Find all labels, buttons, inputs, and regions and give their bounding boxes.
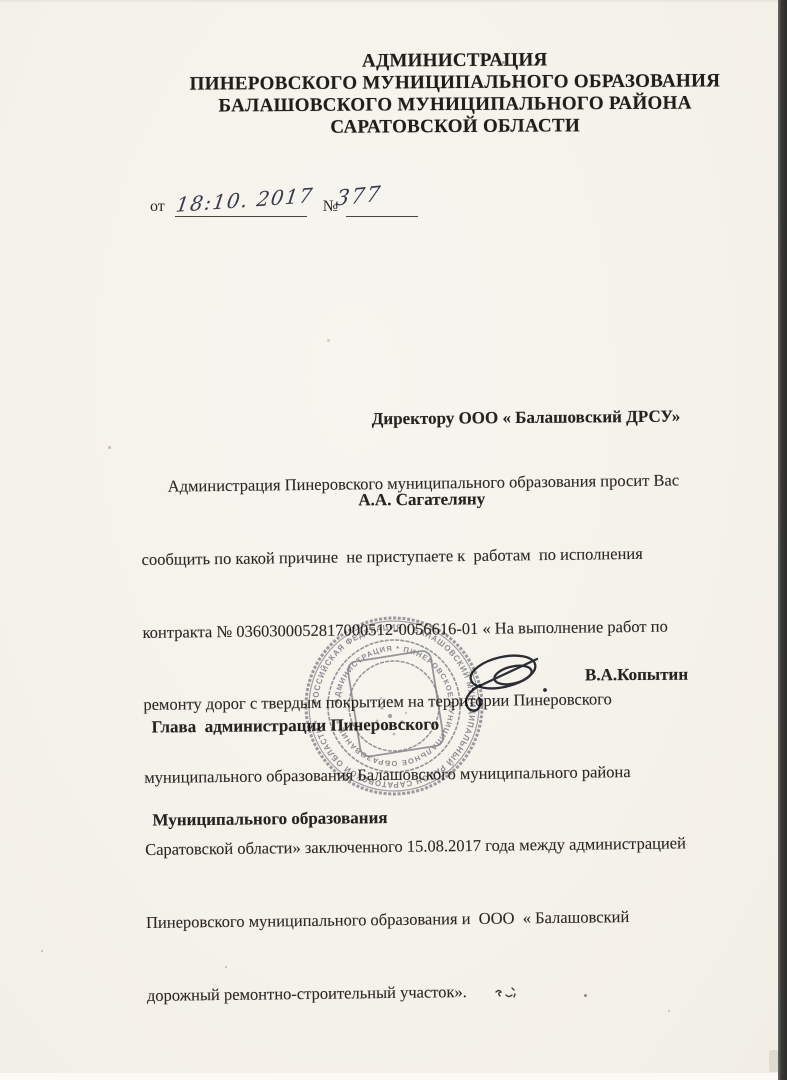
paper-speck (584, 994, 587, 997)
signature-scribble-icon (450, 640, 560, 724)
paper-speck (225, 966, 227, 968)
signature-dot (543, 688, 547, 692)
paper-speck (108, 446, 111, 449)
scan-edge-top (0, 0, 787, 2)
from-label: от (150, 198, 165, 217)
body-line: Администрация Пинеровского муниципальног… (141, 469, 661, 500)
paper-speck (668, 1010, 670, 1012)
scanned-letter-page: АДМИНИСТРАЦИЯ ПИНЕРОВСКОГО МУНИЦИПАЛЬНОГ… (0, 0, 787, 1080)
scan-edge-bottom (0, 1073, 778, 1080)
body-line: Пинеровского муниципального образования … (146, 905, 666, 936)
letterhead-line-4: САРАТОВСКОЙ ОБЛАСТИ (123, 114, 787, 140)
letterhead-line-3: БАЛАШОВСКОГО МУНИЦИПАЛЬНОГО РАЙОНА (123, 92, 787, 118)
reference-line: от№ 18:10. 2017 377 (150, 196, 418, 230)
ink-mark-strokes (496, 988, 515, 997)
signature-strokes (466, 650, 539, 711)
handwritten-number: 377 (334, 181, 383, 210)
signatory-name: В.А.Копытин (585, 665, 688, 686)
letterhead: АДМИНИСТРАЦИЯ ПИНЕРОВСКОГО МУНИЦИПАЛЬНОГ… (123, 48, 787, 140)
ink-marks (490, 982, 530, 1008)
paper-speck (502, 61, 505, 64)
scan-edge-patch (769, 1050, 778, 1072)
scan-edge-right (778, 0, 787, 1080)
stamp-emblem-speckles (372, 697, 407, 736)
paper-speck (243, 998, 245, 1000)
stamp-inner-ring-text: АДМИНИСТРАЦИЯ * ПИНЕРОВСКОЕ МУНИЦИПАЛЬНО… (332, 644, 456, 768)
paper-speck (41, 950, 43, 952)
body-line: дорожный ремонтно-строительный участок». (147, 977, 667, 1008)
paper-speck (327, 339, 330, 342)
